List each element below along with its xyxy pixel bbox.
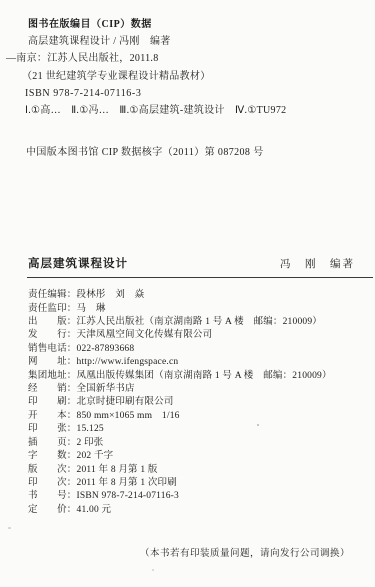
scan-artifact: [8, 527, 11, 529]
row-value: 江苏人民出版社（南京湖南路 1 号 A 楼 邮编：210009）: [77, 316, 323, 329]
row-label: 责任监印：: [28, 303, 77, 316]
colophon-table: 责任编辑：段林彤 刘 焱 责任监印：马 琳 出 版：江苏人民出版社（南京湖南路 …: [0, 289, 375, 517]
row-value: 天津凤凰空间文化传媒有限公司: [77, 329, 213, 342]
book-author: 冯 刚 编著: [280, 256, 355, 271]
row-label: 印 刷：: [28, 396, 77, 409]
divider: [27, 277, 373, 278]
row-value: 北京时捷印刷有限公司: [77, 396, 174, 409]
row-inserts: 插 页：2 印张: [28, 437, 375, 450]
cip-line-publisher: —南京：江苏人民出版社，2011.8: [6, 50, 365, 67]
row-price: 定 价：41.00 元: [28, 504, 375, 517]
title-row: 高层建筑课程设计 冯 刚 编著: [0, 255, 375, 271]
row-value: http://www.ifengspace.cn: [77, 356, 179, 369]
row-label: 字 数：: [28, 450, 77, 463]
row-retailer: 经 销：全国新华书店: [28, 383, 375, 396]
row-label: 销售电话：: [28, 343, 77, 356]
row-label: 插 页：: [28, 437, 77, 450]
row-group-address: 集团地址：凤凰出版传媒集团（南京湖南路 1 号 A 楼 邮编：210009）: [28, 370, 375, 383]
row-printer: 印 刷：北京时捷印刷有限公司: [28, 396, 375, 409]
row-label: 经 销：: [28, 383, 77, 396]
row-value: ISBN 978-7-214-07116-3: [77, 490, 179, 503]
row-value: 2011 年 8 月第 1 版: [77, 464, 158, 477]
row-label: 集团地址：: [28, 370, 77, 383]
scan-artifact: [152, 569, 154, 571]
cip-registry-line: 中国版本图书馆 CIP 数据核字（2011）第 087208 号: [0, 143, 375, 158]
row-format: 开 本：850 mm×1065 mm 1/16: [28, 410, 375, 423]
row-editor: 责任编辑：段林彤 刘 焱: [28, 289, 375, 302]
quality-note: （本书若有印装质量问题，请向发行公司调换）: [140, 545, 375, 559]
row-value: 全国新华书店: [77, 383, 135, 396]
row-sales-phone: 销售电话：022-87893668: [28, 343, 375, 356]
row-value: 41.00 元: [77, 504, 112, 517]
row-label: 印 张：: [28, 423, 77, 436]
book-title: 高层建筑课程设计: [28, 255, 128, 271]
row-publisher: 出 版：江苏人民出版社（南京湖南路 1 号 A 楼 邮编：210009）: [28, 316, 375, 329]
row-value: 022-87893668: [77, 343, 135, 356]
row-value: 马 琳: [77, 303, 106, 316]
row-isbn: 书 号：ISBN 978-7-214-07116-3: [28, 490, 375, 503]
cip-line-title-author: 高层建筑课程设计 / 冯刚 编著: [28, 33, 365, 50]
cip-heading: 图书在版编目（CIP）数据: [28, 16, 365, 33]
row-label: 版 次：: [28, 464, 77, 477]
cip-line-classification: Ⅰ.①高… Ⅱ.①冯… Ⅲ.①高层建筑-建筑设计 Ⅳ.①TU972: [25, 102, 365, 119]
row-label: 印 次：: [28, 477, 77, 490]
row-website: 网 址：http://www.ifengspace.cn: [28, 356, 375, 369]
row-label: 开 本：: [28, 410, 77, 423]
row-label: 责任编辑：: [28, 289, 77, 302]
copyright-page: 图书在版编目（CIP）数据 高层建筑课程设计 / 冯刚 编著 —南京：江苏人民出…: [0, 0, 375, 587]
row-label: 发 行：: [28, 329, 77, 342]
row-label: 书 号：: [28, 490, 77, 503]
row-impression: 印 次：2011 年 8 月第 1 次印刷: [28, 477, 375, 490]
row-label: 网 址：: [28, 356, 77, 369]
row-value: 2 印张: [77, 437, 104, 450]
row-edition: 版 次：2011 年 8 月第 1 版: [28, 464, 375, 477]
row-word-count: 字 数：202 千字: [28, 450, 375, 463]
row-label: 定 价：: [28, 504, 77, 517]
row-sheets: 印 张：15.125: [28, 423, 375, 436]
cip-line-isbn: ISBN 978-7-214-07116-3: [25, 85, 365, 102]
row-value: 凤凰出版传媒集团（南京湖南路 1 号 A 楼 邮编：210009）: [77, 370, 332, 383]
cip-line-series: （21 世纪建筑学专业课程设计精品教材）: [22, 68, 365, 85]
row-value: 202 千字: [77, 450, 114, 463]
row-value: 2011 年 8 月第 1 次印刷: [77, 477, 177, 490]
cip-block: 图书在版编目（CIP）数据 高层建筑课程设计 / 冯刚 编著 —南京：江苏人民出…: [0, 0, 375, 119]
row-value: 15.125: [77, 423, 104, 436]
row-value: 850 mm×1065 mm 1/16: [77, 410, 180, 423]
row-distributor: 发 行：天津凤凰空间文化传媒有限公司: [28, 329, 375, 342]
row-print-supervisor: 责任监印：马 琳: [28, 303, 375, 316]
scan-artifact: [257, 424, 259, 426]
row-value: 段林彤 刘 焱: [77, 289, 145, 302]
row-label: 出 版：: [28, 316, 77, 329]
